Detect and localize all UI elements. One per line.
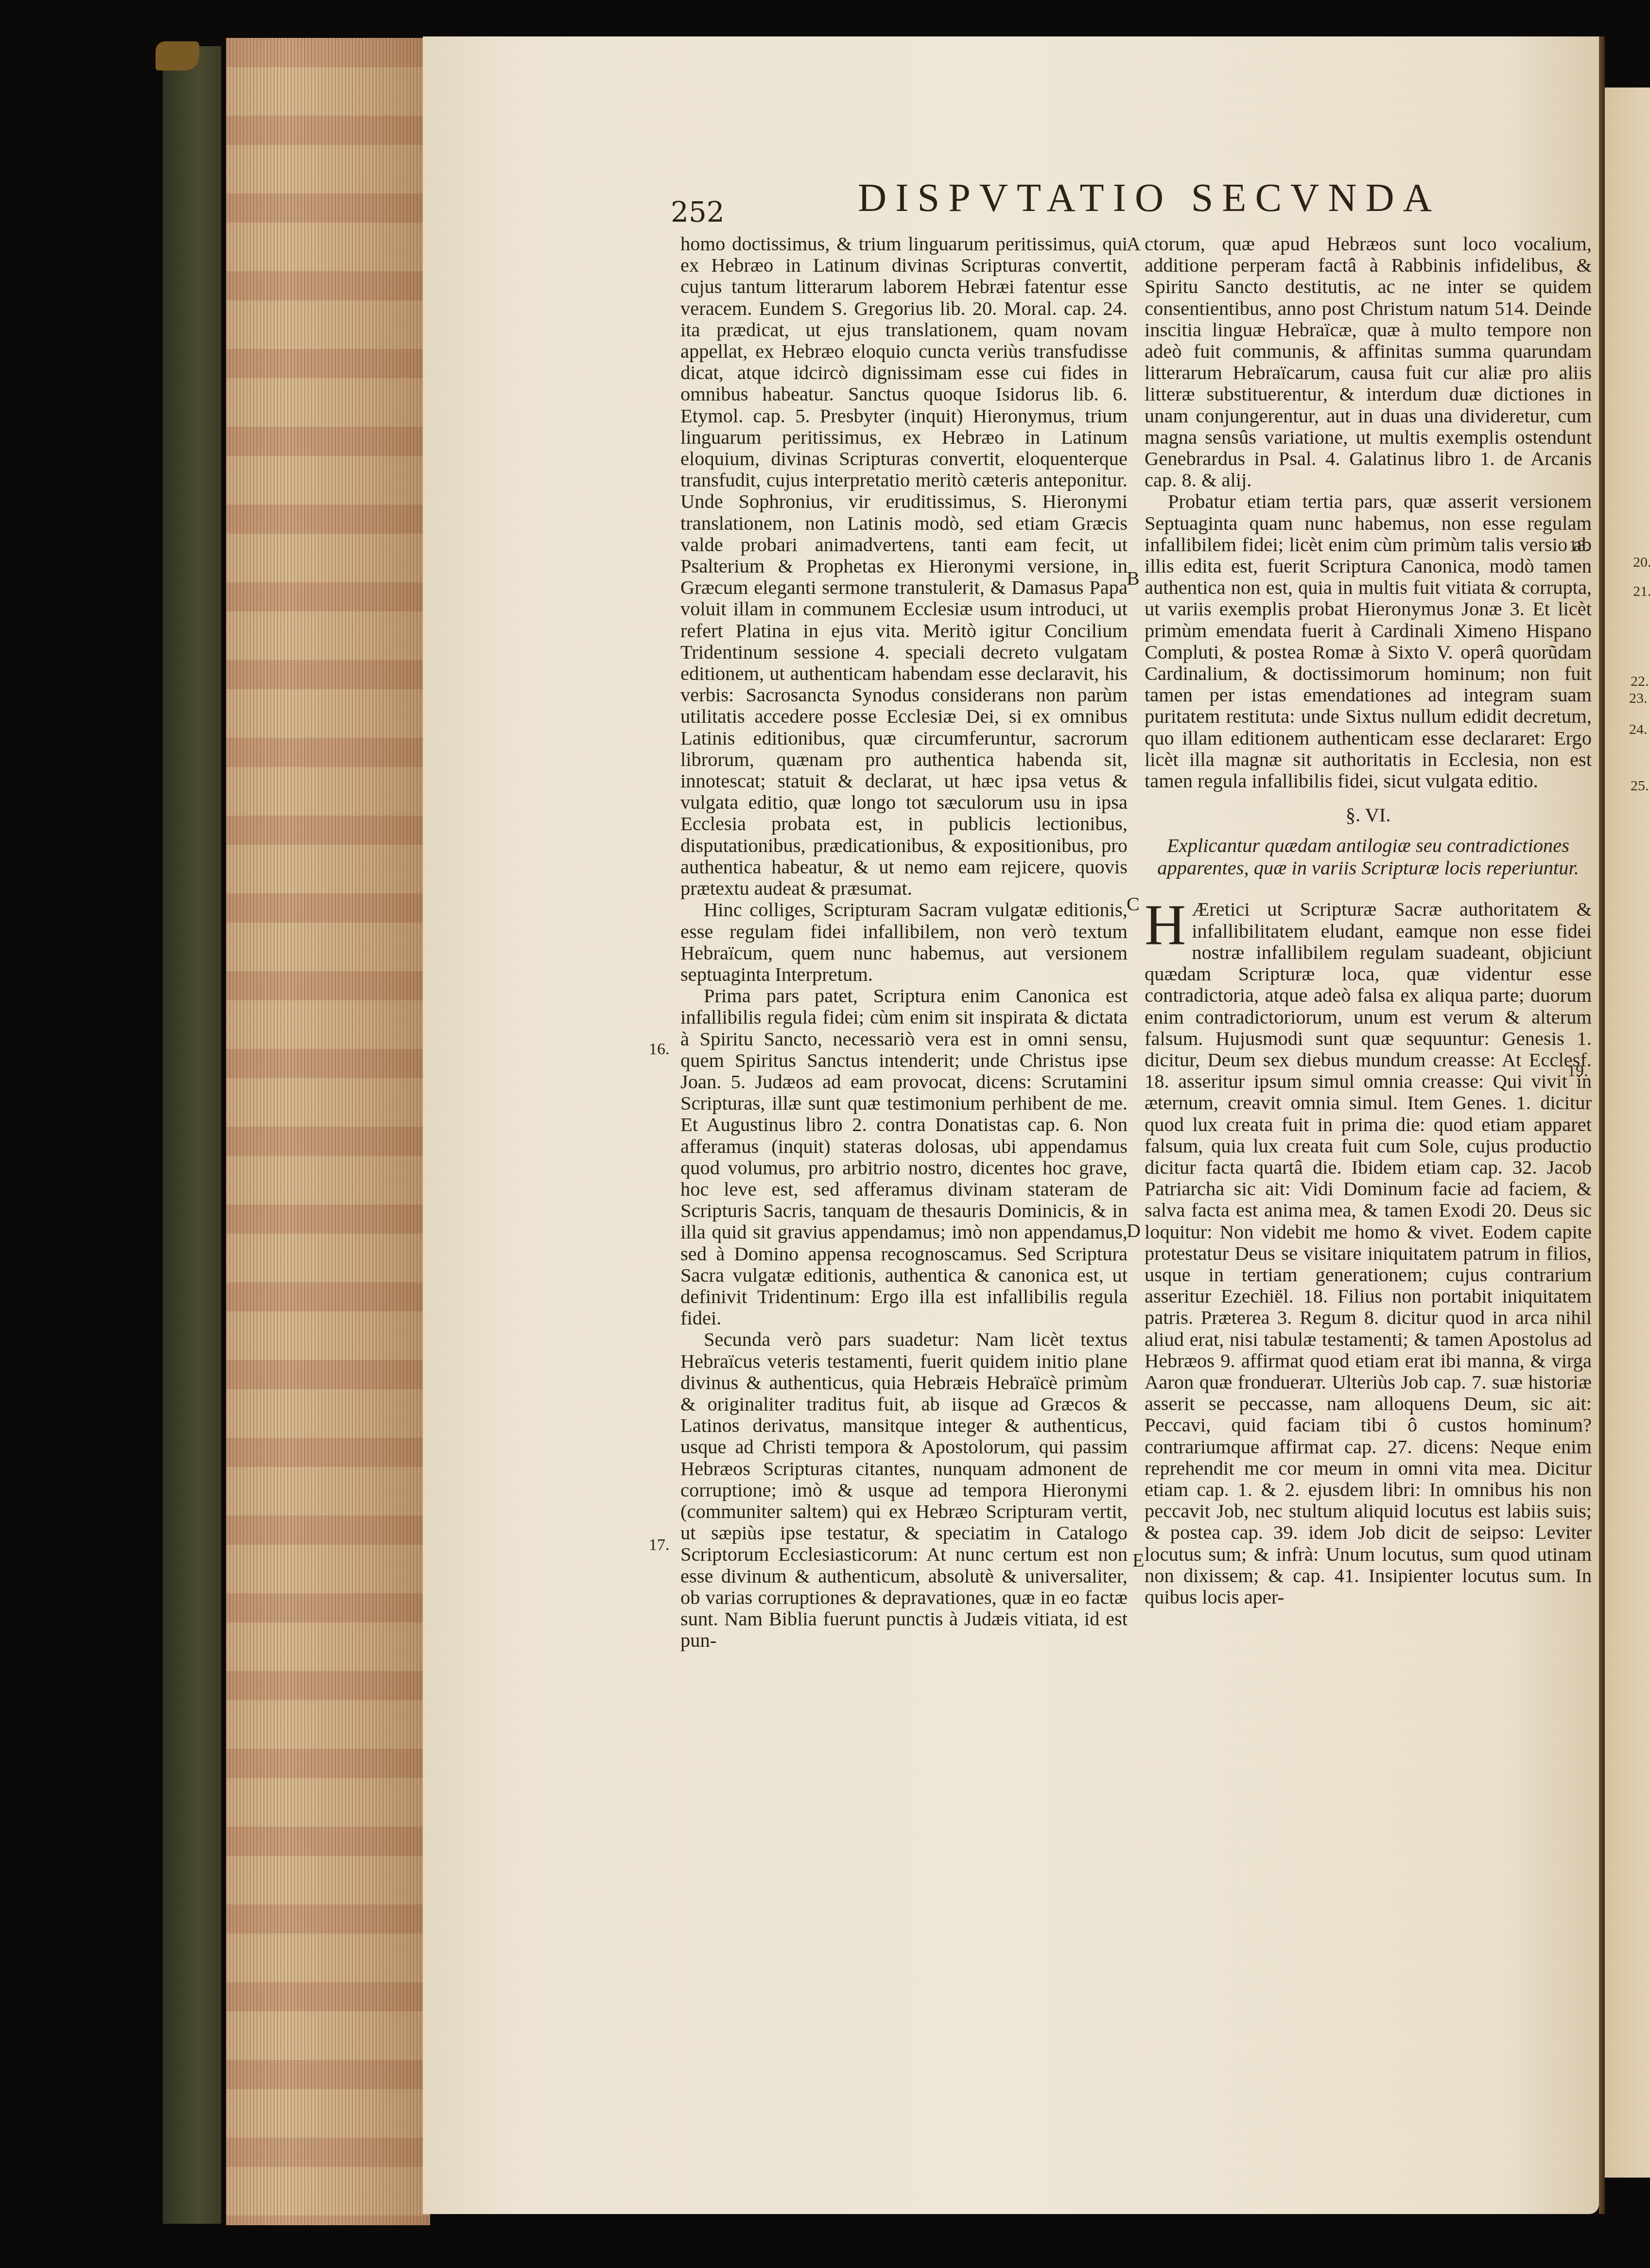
column-letter-a: A <box>1127 232 1141 255</box>
facing-page-edge <box>1605 87 1650 2178</box>
paragraph-right-third-part: Probatur etiam tertia pars, quæ asserit … <box>1145 491 1592 792</box>
facing-number-23: 23. <box>1629 690 1648 707</box>
cover-damage <box>156 41 199 70</box>
column-letter-e: E <box>1132 1549 1144 1571</box>
facing-number-21: 21. <box>1633 583 1650 600</box>
section-body-text: Æretici ut Scripturæ Sacræ authoritatem … <box>1145 898 1592 1608</box>
margin-number-18: 18. <box>1569 537 1590 556</box>
column-letter-b: B <box>1127 567 1140 590</box>
paragraph-left-4: Secunda verò pars suadetur: Nam licèt te… <box>680 1329 1128 1651</box>
drop-cap: H <box>1145 902 1186 948</box>
section-heading: Explicantur quædam antilogiæ seu contrad… <box>1145 835 1592 879</box>
margin-number-16: 16. <box>649 1040 670 1059</box>
column-letter-d: D <box>1127 1219 1141 1242</box>
facing-number-25: 25. <box>1631 778 1649 794</box>
column-letter-c: C <box>1127 892 1140 915</box>
paragraph-left-2: Hinc colliges, Scripturam Sacram vulgatæ… <box>680 899 1128 985</box>
paragraph-section-body: HÆretici ut Scripturæ Sacræ authoritatem… <box>1145 899 1592 1608</box>
margin-number-19: 19. <box>1567 1062 1588 1081</box>
running-title: DISPVTATIO SECVNDA <box>858 175 1441 221</box>
running-head: 252 DISPVTATIO SECVNDA <box>671 175 1448 228</box>
flyleaf <box>204 56 227 2204</box>
red-sprinkled-edges <box>226 38 430 2225</box>
paragraph-left-3: Prima pars patet, Scriptura enim Canonic… <box>680 985 1128 1329</box>
paragraph-right-continued: ctorum, quæ apud Hebræos sunt loco vocal… <box>1145 233 1592 491</box>
facing-number-24: 24. <box>1629 721 1648 738</box>
section-number: §. VI. <box>1145 804 1592 826</box>
paragraph-left-1: homo doctissimus, & trium linguarum peri… <box>680 233 1128 899</box>
margin-number-17: 17. <box>649 1536 670 1554</box>
left-column: homo doctissimus, & trium linguarum peri… <box>680 233 1128 1651</box>
facing-number-22: 22. <box>1631 673 1649 690</box>
page-number: 252 <box>671 195 725 228</box>
facing-number-20: 20. <box>1633 554 1650 571</box>
right-column: ctorum, quæ apud Hebræos sunt loco vocal… <box>1145 233 1592 1608</box>
gutter <box>1599 36 1605 2214</box>
